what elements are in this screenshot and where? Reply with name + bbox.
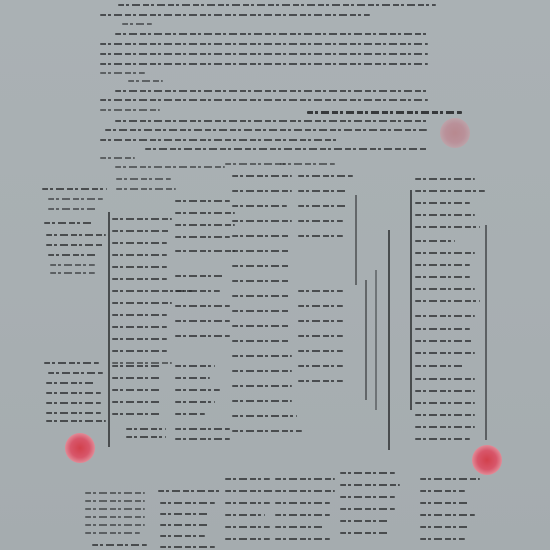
seal-upper-right-icon <box>440 118 470 148</box>
seal-right-icon <box>472 445 502 475</box>
document-sheet: [illegible handwritten preamble – severa… <box>0 0 550 550</box>
seal-left-icon <box>65 433 95 463</box>
prominent-signature <box>307 111 462 114</box>
